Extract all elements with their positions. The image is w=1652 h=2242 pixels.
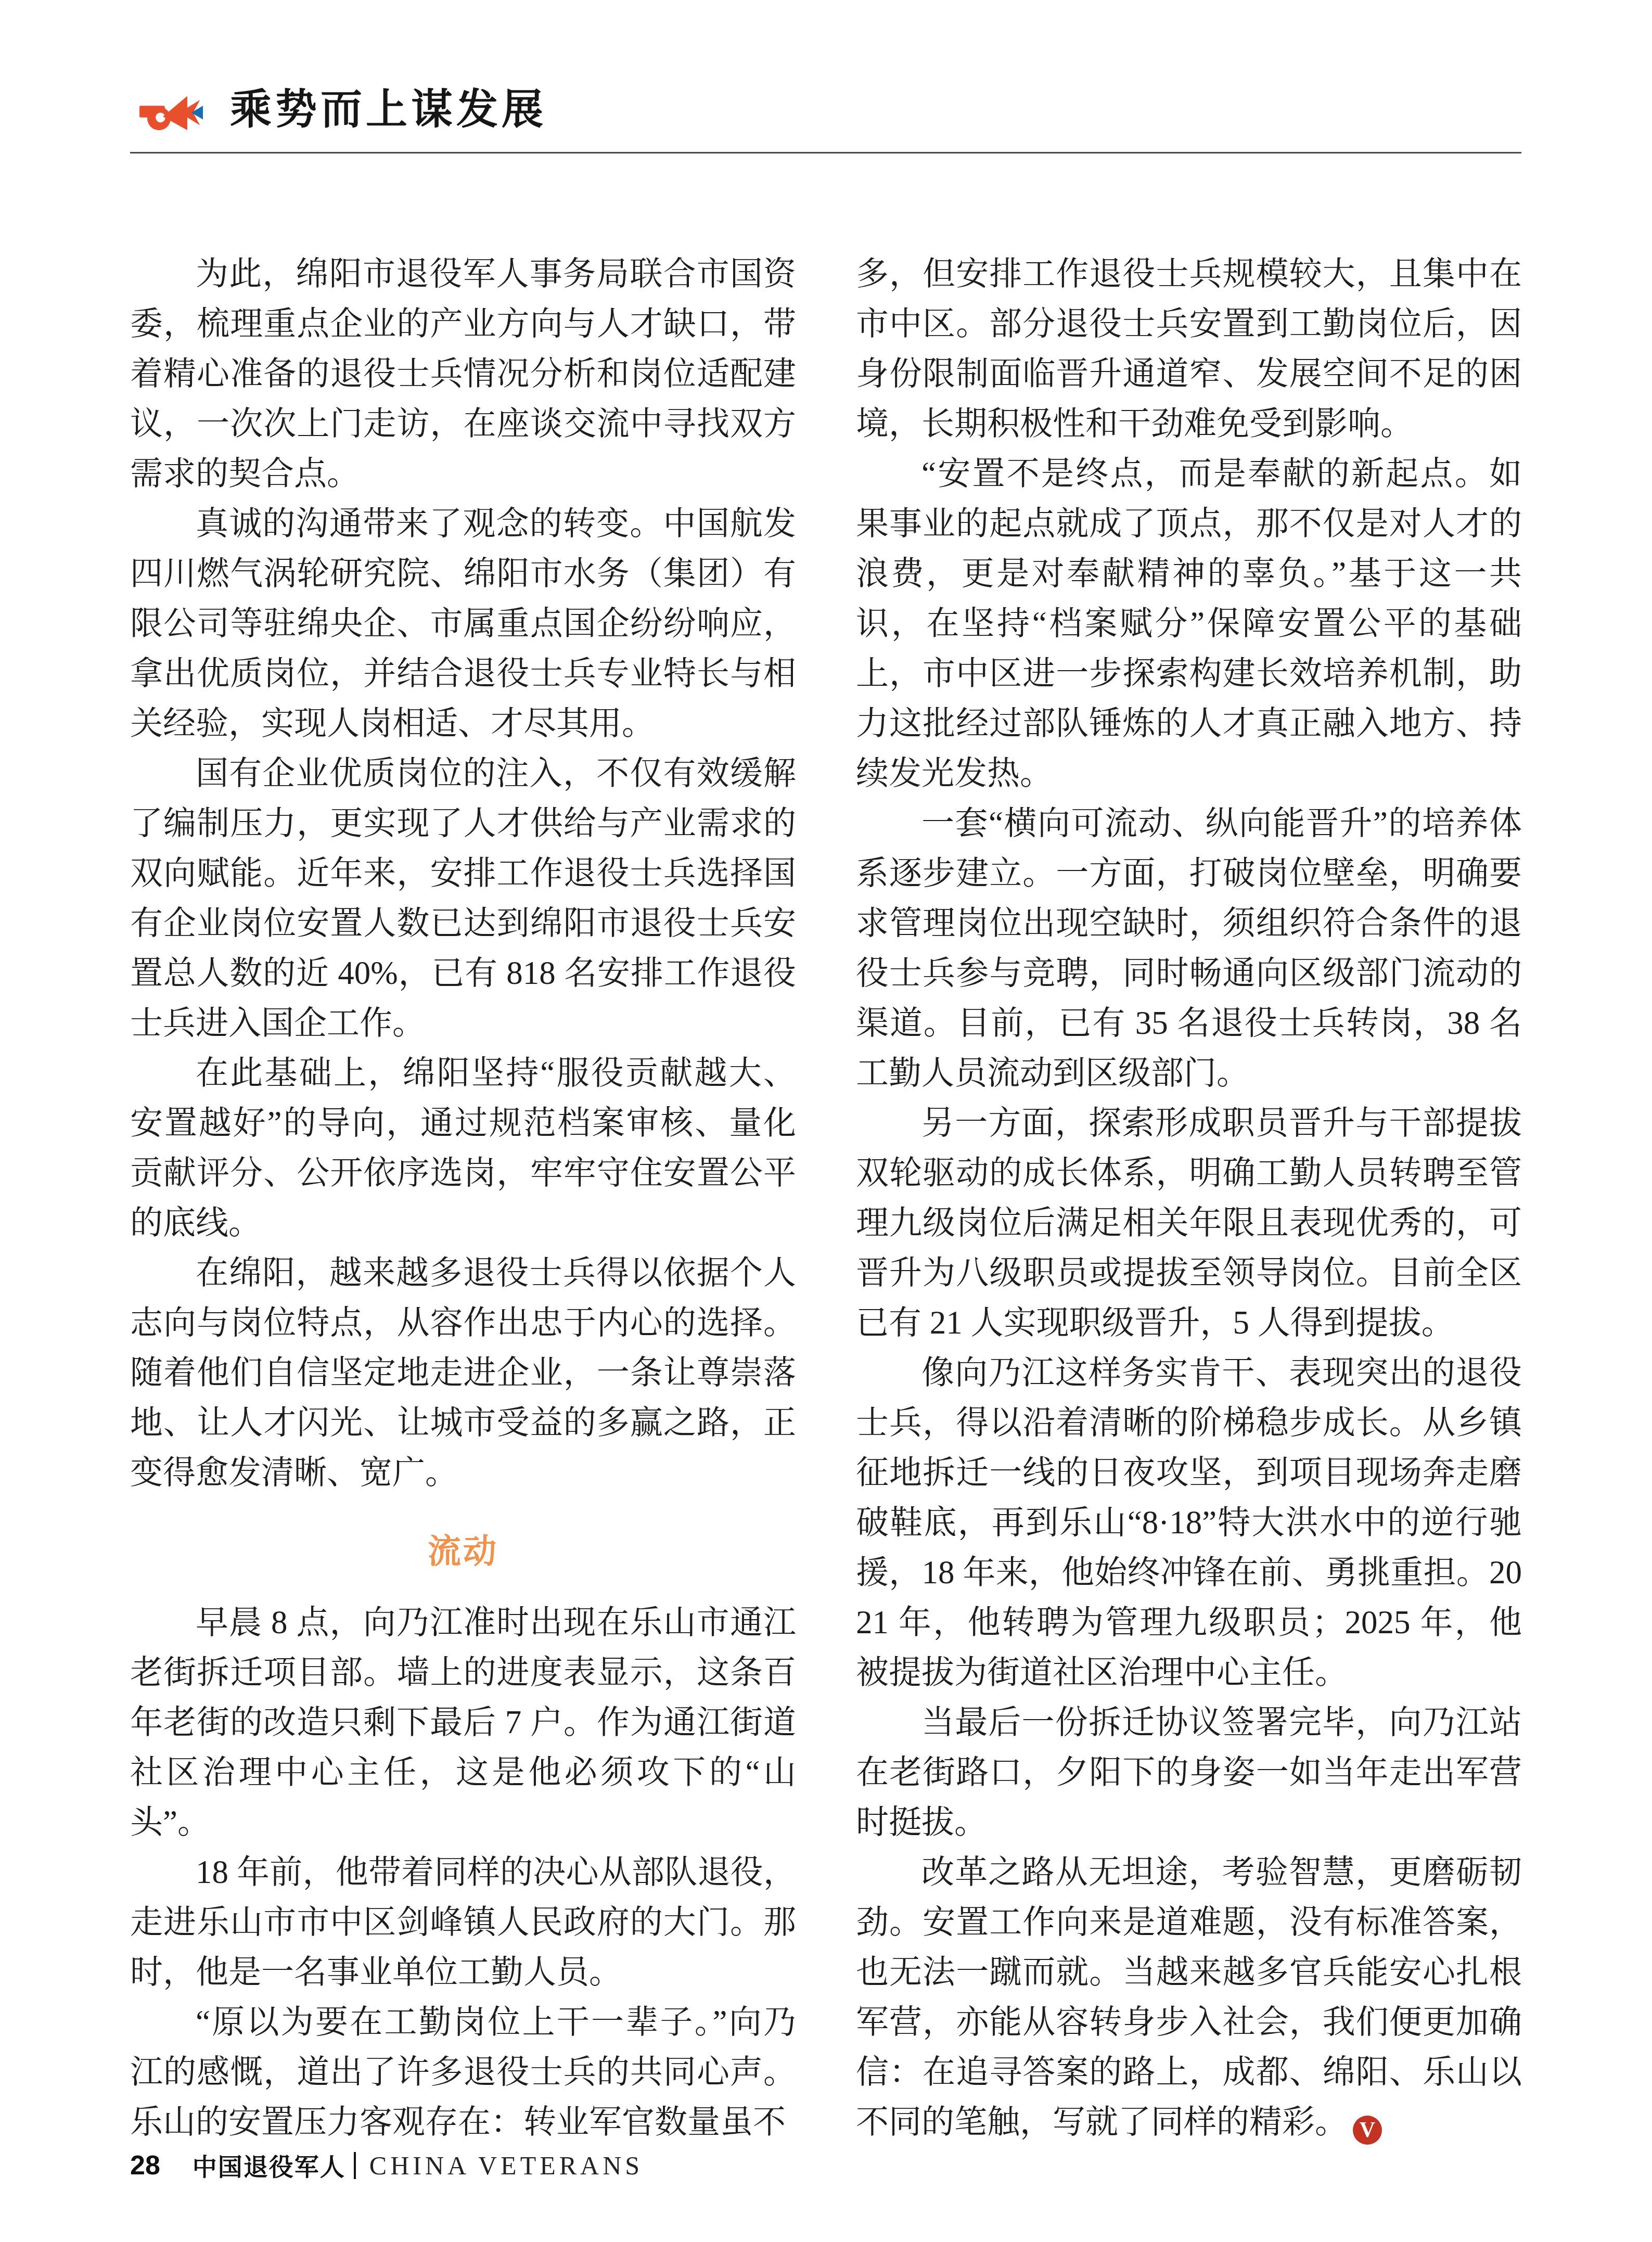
left-column-paragraph-7: 早晨 8 点，向乃江准时出现在乐山市通江老街拆迁项目部。墙上的进度表显示，这条百… bbox=[130, 1597, 796, 1847]
left-column-paragraph-8: 18 年前，他带着同样的决心从部队退役，走进乐山市市中区剑峰镇人民政府的大门。那… bbox=[130, 1847, 796, 1997]
right-column-paragraph-2: “安置不是终点，而是奉献的新起点。如果事业的起点就成了顶点，那不仅是对人才的浪费… bbox=[856, 449, 1522, 798]
magazine-bugle-logo-icon bbox=[139, 94, 203, 131]
article-column-right: 多，但安排工作退役士兵规模较大，且集中在市中区。部分退役士兵安置到工勤岗位后，因… bbox=[856, 249, 1522, 2147]
left-column-paragraph-9: “原以为要在工勤岗位上干一辈子。”向乃江的感慨，道出了许多退役士兵的共同心声。乐… bbox=[130, 1997, 796, 2147]
left-column-paragraph-4: 在此基础上，绵阳坚持“服役贡献越大、安置越好”的导向，通过规范档案审核、量化贡献… bbox=[130, 1048, 796, 1248]
left-column-paragraph-1: 为此，绵阳市退役军人事务局联合市国资委，梳理重点企业的产业方向与人才缺口，带着精… bbox=[130, 249, 796, 498]
right-column-paragraph-1: 多，但安排工作退役士兵规模较大，且集中在市中区。部分退役士兵安置到工勤岗位后，因… bbox=[856, 249, 1522, 449]
page-number: 28 bbox=[130, 2150, 160, 2181]
magazine-page: 乘势而上谋发展 为此，绵阳市退役军人事务局联合市国资委，梳理重点企业的产业方向与… bbox=[0, 0, 1652, 2242]
footer-divider bbox=[354, 2152, 356, 2179]
article-end-mark-icon: V bbox=[1353, 2116, 1382, 2145]
right-column-paragraph-3: 一套“横向可流动、纵向能晋升”的培养体系逐步建立。一方面，打破岗位壁垒，明确要求… bbox=[856, 798, 1522, 1098]
left-column-paragraph-2: 真诚的沟通带来了观念的转变。中国航发四川燃气涡轮研究院、绵阳市水务（集团）有限公… bbox=[130, 498, 796, 748]
magazine-name-en: CHINA VETERANS bbox=[369, 2150, 643, 2181]
left-column-section-heading: 流动 bbox=[130, 1527, 796, 1577]
page-header: 乘势而上谋发展 bbox=[0, 0, 1652, 156]
header-rule bbox=[130, 152, 1521, 153]
magazine-name-cn: 中国退役军人 bbox=[193, 2148, 345, 2183]
left-column-paragraph-5: 在绵阳，越来越多退役士兵得以依据个人志向与岗位特点，从容作出忠于内心的选择。随着… bbox=[130, 1248, 796, 1497]
page-footer: 28 中国退役军人 CHINA VETERANS bbox=[130, 2148, 643, 2183]
page-title: 乘势而上谋发展 bbox=[230, 83, 547, 135]
article-column-left: 为此，绵阳市退役军人事务局联合市国资委，梳理重点企业的产业方向与人才缺口，带着精… bbox=[130, 249, 796, 2147]
right-column-paragraph-5: 像向乃江这样务实肯干、表现突出的退役士兵，得以沿着清晰的阶梯稳步成长。从乡镇征地… bbox=[856, 1348, 1522, 1697]
right-column-paragraph-4: 另一方面，探索形成职员晋升与干部提拔双轮驱动的成长体系，明确工勤人员转聘至管理九… bbox=[856, 1098, 1522, 1348]
left-column-paragraph-3: 国有企业优质岗位的注入，不仅有效缓解了编制压力，更实现了人才供给与产业需求的双向… bbox=[130, 748, 796, 1048]
right-column-paragraph-6: 当最后一份拆迁协议签署完毕，向乃江站在老街路口，夕阳下的身姿一如当年走出军营时挺… bbox=[856, 1697, 1522, 1847]
right-column-paragraph-7: 改革之路从无坦途，考验智慧，更磨砺韧劲。安置工作向来是道难题，没有标准答案，也无… bbox=[856, 1847, 1522, 2147]
